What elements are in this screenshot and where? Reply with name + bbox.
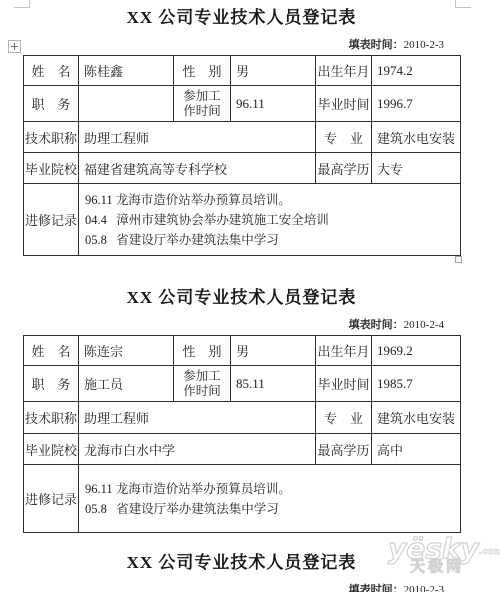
form-title: XX 公司专业技术人员登记表 (23, 7, 460, 29)
table-row: 进修记录 96.11 龙海市造价站举办预算员培训。 05.8 省建设厅举办建筑法… (24, 465, 461, 533)
yesky-tld: .com (479, 547, 500, 557)
education-label: 最高学历 (316, 153, 372, 184)
table-row: 姓 名 陈桂鑫 性 别 男 出生年月 1974.2 (24, 56, 461, 86)
form-title: XX 公司专业技术人员登记表 (23, 287, 460, 309)
table-row: 毕业院校 福建省建筑高等专科学校 最高学历 大专 (24, 153, 461, 184)
fill-time-label: 填表时间： (349, 584, 404, 592)
gender-label: 性 别 (174, 336, 231, 366)
tech-title-cell[interactable]: 助理工程师 (79, 402, 316, 434)
major-label: 专 业 (316, 122, 372, 153)
fill-time-label: 填表时间： (349, 319, 404, 331)
fill-time-line: 填表时间：2010-2-3 (23, 38, 460, 53)
major-cell[interactable]: 建筑水电安装 (372, 122, 461, 153)
position-label: 职 务 (24, 366, 79, 402)
name-label: 姓 名 (24, 336, 79, 366)
fill-time-value: 2010-2-3 (404, 39, 444, 51)
training-label: 进修记录 (24, 184, 79, 256)
registration-form-2: XX 公司专业技术人员登记表 填表时间：2010-2-4 姓 名 陈连宗 性 别… (23, 287, 460, 533)
training-cell[interactable]: 96.11 龙海市造价站举办预算员培训。 04.4 漳州市建筑协会举办建筑施工安… (79, 184, 461, 256)
table-row: 职 务 参加工 作时间 96.11 毕业时间 1996.7 (24, 86, 461, 122)
move-cross-icon (14, 43, 15, 50)
training-label: 进修记录 (24, 465, 79, 533)
education-label: 最高学历 (316, 434, 372, 465)
gender-label: 性 别 (174, 56, 231, 86)
table-row: 毕业院校 龙海市白水中学 最高学历 高中 (24, 434, 461, 465)
work-start-label: 参加工 作时间 (174, 366, 231, 402)
registration-form-1: XX 公司专业技术人员登记表 填表时间：2010-2-3 姓 名 陈桂鑫 性 别… (23, 7, 460, 256)
work-start-cell[interactable]: 85.11 (231, 366, 316, 402)
education-cell[interactable]: 高中 (372, 434, 461, 465)
birth-cell[interactable]: 1969.2 (372, 336, 461, 366)
form-title: XX 公司专业技术人员登记表 (23, 552, 460, 574)
table-resize-handle[interactable] (455, 256, 462, 263)
text-boundary-corner-right (455, 0, 471, 8)
table-row: 姓 名 陈连宗 性 别 男 出生年月 1969.2 (24, 336, 461, 366)
position-label: 职 务 (24, 86, 79, 122)
school-cell[interactable]: 龙海市白水中学 (79, 434, 316, 465)
gender-cell[interactable]: 男 (231, 56, 316, 86)
school-label: 毕业院校 (24, 153, 79, 184)
registration-table-1: 姓 名 陈桂鑫 性 别 男 出生年月 1974.2 职 务 参加工 作时间 96… (23, 55, 461, 256)
graduate-time-cell[interactable]: 1985.7 (372, 366, 461, 402)
table-row: 技术职称 助理工程师 专 业 建筑水电安装 (24, 402, 461, 434)
position-cell[interactable] (79, 86, 174, 122)
school-cell[interactable]: 福建省建筑高等专科学校 (79, 153, 316, 184)
birth-cell[interactable]: 1974.2 (372, 56, 461, 86)
fill-time-label: 填表时间： (349, 39, 404, 51)
work-start-cell[interactable]: 96.11 (231, 86, 316, 122)
registration-form-3: XX 公司专业技术人员登记表 填表时间：2010-2-3 (23, 552, 460, 592)
fill-time-value: 2010-2-4 (404, 319, 444, 331)
graduate-time-label: 毕业时间 (316, 86, 372, 122)
graduate-time-cell[interactable]: 1996.7 (372, 86, 461, 122)
registration-table-2: 姓 名 陈连宗 性 别 男 出生年月 1969.2 职 务 施工员 参加工 作时… (23, 335, 461, 533)
tech-title-label: 技术职称 (24, 402, 79, 434)
graduate-time-label: 毕业时间 (316, 366, 372, 402)
tech-title-cell[interactable]: 助理工程师 (79, 122, 316, 153)
tech-title-label: 技术职称 (24, 122, 79, 153)
school-label: 毕业院校 (24, 434, 79, 465)
birth-label: 出生年月 (316, 336, 372, 366)
table-row: 进修记录 96.11 龙海市造价站举办预算员培训。 04.4 漳州市建筑协会举办… (24, 184, 461, 256)
table-row: 技术职称 助理工程师 专 业 建筑水电安装 (24, 122, 461, 153)
work-start-label: 参加工 作时间 (174, 86, 231, 122)
table-move-handle-icon[interactable] (8, 40, 21, 53)
training-cell[interactable]: 96.11 龙海市造价站举办预算员培训。 05.8 省建设厅举办建筑法集中学习 (79, 465, 461, 533)
major-label: 专 业 (316, 402, 372, 434)
education-cell[interactable]: 大专 (372, 153, 461, 184)
fill-time-line: 填表时间：2010-2-4 (23, 318, 460, 333)
name-label: 姓 名 (24, 56, 79, 86)
table-row: 职 务 施工员 参加工 作时间 85.11 毕业时间 1985.7 (24, 366, 461, 402)
fill-time-value: 2010-2-3 (404, 584, 444, 592)
position-cell[interactable]: 施工员 (79, 366, 174, 402)
major-cell[interactable]: 建筑水电安装 (372, 402, 461, 434)
birth-label: 出生年月 (316, 56, 372, 86)
gender-cell[interactable]: 男 (231, 336, 316, 366)
name-cell[interactable]: 陈连宗 (79, 336, 174, 366)
text-boundary-corner-left (14, 0, 30, 8)
name-cell[interactable]: 陈桂鑫 (79, 56, 174, 86)
fill-time-line: 填表时间：2010-2-3 (23, 583, 460, 592)
